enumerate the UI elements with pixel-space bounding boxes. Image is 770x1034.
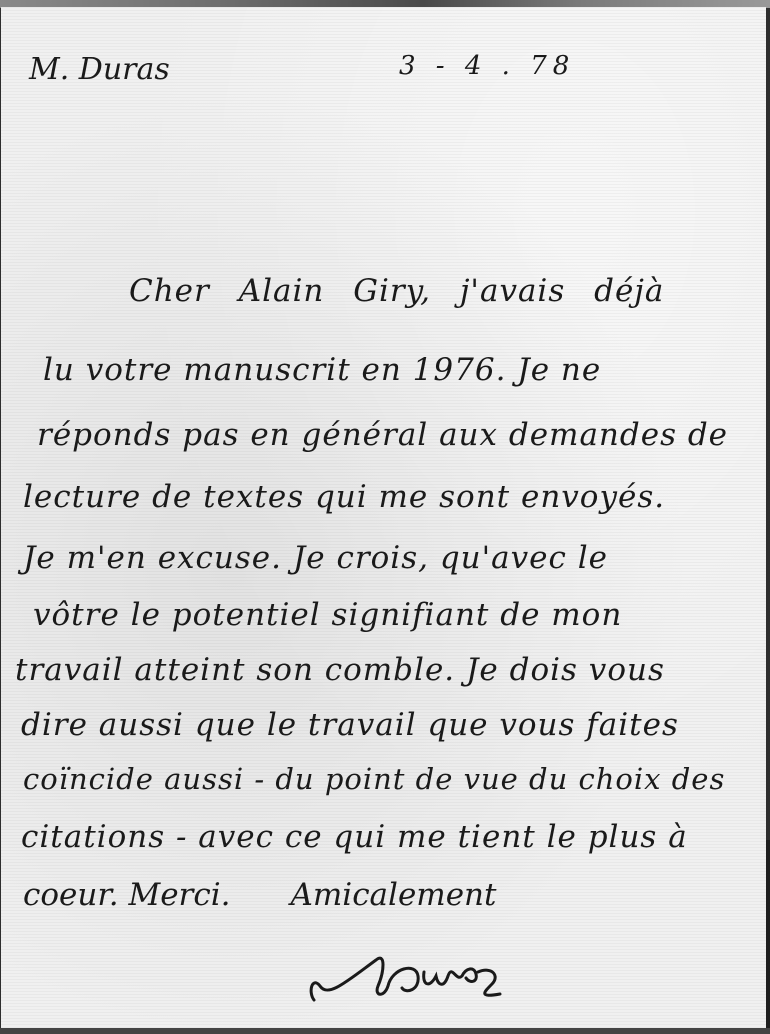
letter-paper: M. Duras 3 - 4 . 78 Cher Alain Giry, j'a…	[1, 7, 766, 1028]
body-line-7: travail atteint son comble. Je dois vous	[15, 652, 665, 688]
body-line-1: Cher Alain Giry, j'avais déjà	[129, 273, 664, 309]
signature	[306, 942, 566, 1012]
closing-line: coeur. Merci.Amicalement	[23, 877, 496, 913]
closing-text: coeur. Merci.	[23, 877, 231, 913]
letter-date: 3 - 4 . 78	[399, 51, 575, 81]
body-line-9: coïncide aussi - du point de vue du choi…	[23, 762, 725, 796]
body-line-5: Je m'en excuse. Je crois, qu'avec le	[23, 540, 608, 576]
scanned-letter: M. Duras 3 - 4 . 78 Cher Alain Giry, j'a…	[0, 0, 770, 1034]
scan-right-edge	[766, 840, 770, 1034]
body-line-6: vôtre le potentiel signifiant de mon	[33, 597, 622, 633]
body-line-2: lu votre manuscrit en 1976. Je ne	[43, 352, 601, 388]
body-line-10: citations - avec ce qui me tient le plus…	[21, 819, 688, 855]
valediction: Amicalement	[291, 877, 497, 913]
letterhead-sender: M. Duras	[29, 52, 170, 87]
body-line-4: lecture de textes qui me sont envoyés.	[23, 479, 665, 515]
signature-scrawl-icon	[306, 942, 566, 1012]
body-line-3: réponds pas en général aux demandes de	[37, 417, 728, 453]
scan-bottom-edge	[0, 1028, 770, 1034]
body-line-8: dire aussi que le travail que vous faite…	[21, 707, 679, 743]
